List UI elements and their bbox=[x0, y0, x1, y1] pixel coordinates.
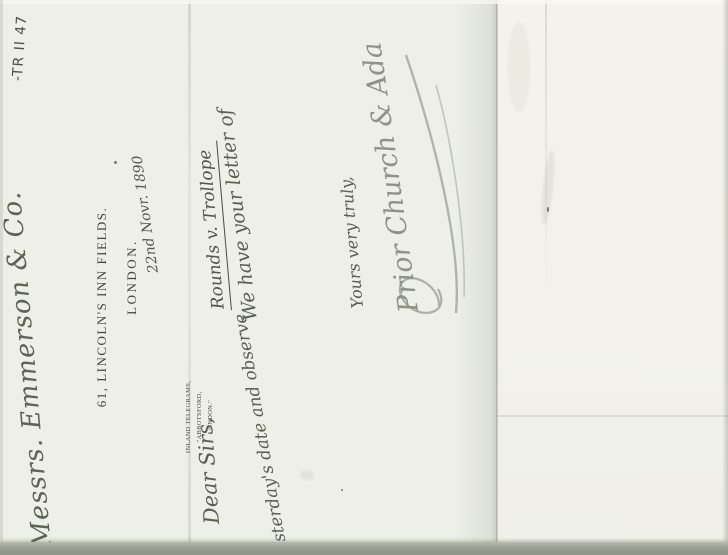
signature-block: Prior Church & Adams bbox=[356, 42, 474, 327]
scanner-bed-strip bbox=[0, 542, 728, 555]
body-line-2: yesterday's date and observe bbox=[230, 312, 293, 555]
archival-annotation: -TR II 47 bbox=[10, 14, 31, 81]
telegram-line1: INLAND TELEGRAMS, bbox=[185, 381, 192, 453]
addressee-line: Messrs. Emmerson & Co. bbox=[0, 190, 58, 549]
salutation: Dear Sirs, bbox=[193, 416, 224, 525]
letter-page: -TR II 47 Messrs. Emmerson & Co. 61, LIN… bbox=[0, 0, 728, 555]
signature-flourish: Prior Church & Adams bbox=[356, 42, 474, 327]
letterhead-address: 61, LINCOLN'S INN FIELDS. bbox=[94, 192, 110, 422]
scanned-letter: -TR II 47 Messrs. Emmerson & Co. 61, LIN… bbox=[0, 0, 728, 555]
